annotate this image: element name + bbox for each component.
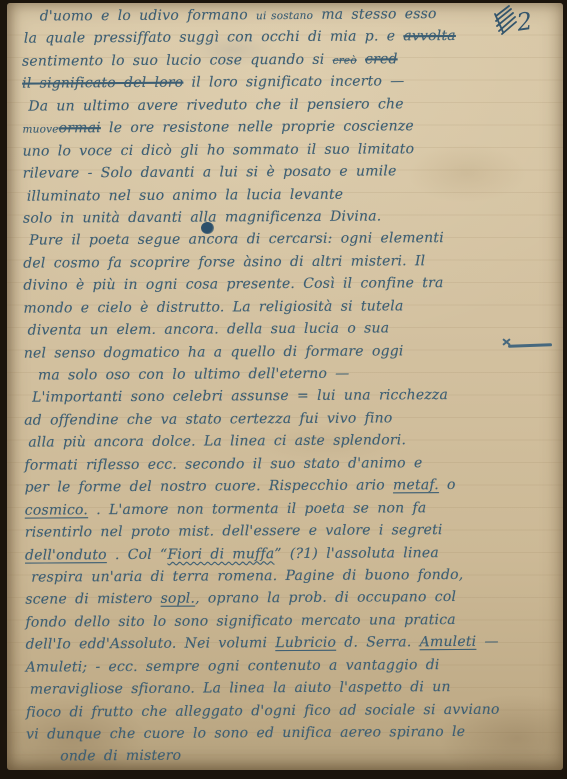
handwritten-text: Pure il poeta segue ancora di cercarsi: …: [29, 230, 444, 249]
handwritten-line: formati riflesso ecc. secondo il suo sta…: [24, 451, 553, 477]
handwritten-word-marked: il significato del loro: [22, 75, 183, 92]
handwritten-line: scene di mistero sopl., oprano la prob. …: [25, 586, 554, 612]
handwritten-line: diventa un elem. ancora. della sua lucia…: [24, 317, 553, 343]
handwritten-word-marked: metaf.: [393, 477, 439, 493]
handwritten-line: Amuleti; - ecc. sempre ogni contenuto a …: [26, 653, 555, 679]
margin-dash: [508, 343, 552, 347]
margin-x-dash-mark: [500, 338, 552, 352]
handwritten-line: dell'onduto . Col “Fiori di muffa” (?1) …: [25, 541, 554, 567]
handwritten-text: diventa un elem. ancora. della sua lucia…: [28, 321, 390, 339]
handwritten-text: onde di mistero: [60, 748, 181, 765]
handwritten-text: fondo dello sito lo sono significato mer…: [25, 612, 455, 631]
handwritten-text: meravigliose sfiorano. La linea la aiuto…: [30, 679, 451, 698]
manuscript-lines: d'uomo e lo udivo formano ui sostano ma …: [22, 2, 556, 768]
page-number: 2: [514, 7, 534, 37]
handwritten-text: illuminato nel suo animo la lucia levant…: [27, 186, 343, 204]
handwritten-word-marked: Amuleti: [420, 634, 477, 650]
handwritten-text: respira un'aria di terra romena. Pagine …: [31, 567, 463, 586]
handwritten-text: L'importanti sono celebri assunse = lui …: [32, 387, 448, 406]
handwritten-word-marked: sopl.: [161, 591, 196, 607]
handwritten-text: . Col “: [107, 546, 168, 562]
handwritten-text: divino è più in ogni cosa presente. Così…: [23, 275, 443, 294]
handwritten-line: ma solo oso con lo ultimo dell'eterno —: [24, 361, 553, 387]
handwritten-line: del cosmo fa scoprire forse àsino di alt…: [23, 249, 552, 275]
handwritten-word-marked: creò: [333, 54, 357, 66]
handwritten-text: rilevare - Solo davanti a lui si è posat…: [23, 163, 397, 181]
handwritten-text: o: [439, 477, 456, 493]
handwritten-text: la quale pressiffato suggì con occhi di …: [24, 29, 404, 47]
scanned-manuscript: { "document": { "kind": "handwritten man…: [0, 0, 567, 779]
handwritten-line: solo in unità davanti alla magnificenza …: [23, 204, 552, 230]
handwritten-line: nel senso dogmatico ha a quello di forma…: [24, 339, 553, 365]
handwritten-text: alla più ancora dolce. La linea ci aste …: [28, 433, 406, 451]
handwritten-text: d. Serra.: [336, 634, 420, 651]
handwritten-word-marked: avvolta: [403, 28, 456, 44]
handwritten-word-marked: muove: [22, 124, 58, 136]
handwritten-line: risentirlo nel proto mist. dell'essere e…: [25, 518, 554, 544]
handwritten-word-marked: Lubricio: [275, 635, 336, 651]
handwritten-line: illuminato nel suo animo la lucia levant…: [23, 182, 552, 208]
handwritten-line: vi dunque che cuore lo sono ed unifica a…: [26, 720, 555, 746]
handwritten-text: scene di mistero: [25, 591, 160, 608]
handwritten-line: meravigliose sfiorano. La linea la aiuto…: [26, 676, 555, 702]
handwritten-text: , oprano la prob. di occupano col: [195, 589, 456, 607]
handwritten-text: —: [476, 634, 498, 650]
handwritten-word-marked: Fiori di muffa: [167, 546, 274, 563]
handwritten-word-marked: ui sostano: [256, 10, 313, 22]
handwritten-text: Da un ultimo avere riveduto che il pensi…: [28, 96, 403, 114]
handwritten-text: ma solo oso con lo ultimo dell'eterno —: [38, 366, 350, 384]
handwritten-text: Amuleti; - ecc. sempre ogni contenuto a …: [26, 657, 440, 676]
handwritten-line: onde di mistero: [26, 743, 555, 769]
handwritten-line: mondo e cielo è distrutto. La religiosit…: [23, 294, 552, 320]
handwritten-line: la quale pressiffato suggì con occhi di …: [22, 25, 551, 51]
handwritten-text: ” (?1) l'assoluta linea: [274, 545, 439, 562]
handwritten-word-marked: cred: [365, 51, 398, 67]
handwritten-text: d'uomo e lo udivo formano: [40, 7, 256, 24]
handwritten-line: per le forme del nostro cuore. Rispecchi…: [25, 474, 554, 500]
handwritten-text: del cosmo fa scoprire forse àsino di alt…: [23, 253, 425, 271]
handwritten-text: sentimento lo suo lucio cose quando si: [22, 52, 333, 70]
page-number-scribble: 2: [493, 4, 539, 38]
handwritten-line: rilevare - Solo davanti a lui si è posat…: [23, 159, 552, 185]
handwritten-line: divino è più in ogni cosa presente. Così…: [23, 272, 552, 298]
handwritten-text: formati riflesso ecc. secondo il suo sta…: [24, 455, 422, 473]
handwritten-line: fioco di frutto che alleggato d'ogni fic…: [26, 698, 555, 724]
handwritten-text: mondo e cielo è distrutto. La religiosit…: [23, 298, 403, 316]
handwritten-text: ma stesso esso: [313, 6, 437, 23]
handwritten-text: . L'amore non tormenta il poeta se non f…: [88, 500, 426, 518]
handwritten-text: uno lo voce ci dicò gli ho sommato il su…: [23, 141, 415, 159]
handwritten-text: per le forme del nostro cuore. Rispecchi…: [25, 478, 393, 496]
handwritten-text: ad offendine che va stato certezza fui v…: [24, 410, 392, 428]
handwritten-line: Da un ultimo avere riveduto che il pensi…: [22, 92, 551, 118]
handwritten-line: muoveormai le ore resistone nelle propri…: [22, 115, 551, 141]
handwritten-line: sentimento lo suo lucio cose quando si c…: [22, 47, 551, 73]
handwritten-text: vi dunque che cuore lo sono ed unifica a…: [26, 724, 465, 743]
handwritten-line: ad offendine che va stato certezza fui v…: [24, 406, 553, 432]
handwritten-line: L'importanti sono celebri assunse = lui …: [24, 384, 553, 410]
handwritten-text: [357, 51, 365, 67]
handwritten-text: risentirlo nel proto mist. dell'essere e…: [25, 522, 443, 541]
handwritten-text: fioco di frutto che alleggato d'ogni fic…: [26, 701, 500, 720]
ink-blot: [201, 222, 214, 234]
handwritten-line: Pure il poeta segue ancora di cercarsi: …: [23, 227, 552, 253]
handwritten-text: nel senso dogmatico ha a quello di forma…: [24, 343, 404, 361]
handwritten-word-marked: cosmico.: [25, 502, 88, 518]
handwritten-line: cosmico. . L'amore non tormenta il poeta…: [25, 496, 554, 522]
handwritten-line: respira un'aria di terra romena. Pagine …: [25, 563, 554, 589]
handwritten-line: uno lo voce ci dicò gli ho sommato il su…: [22, 137, 551, 163]
handwritten-text: dell'Io edd'Assoluto. Nei volumi: [26, 635, 276, 653]
handwritten-line: dell'Io edd'Assoluto. Nei volumi Lubrici…: [26, 631, 555, 657]
handwritten-line: il significato del loro il loro signific…: [22, 70, 551, 96]
handwritten-line: d'uomo e lo udivo formano ui sostano ma …: [22, 2, 551, 28]
handwritten-text: il loro significato incerto —: [183, 74, 404, 91]
handwritten-text: le ore resistone nelle proprie coscienze: [101, 118, 414, 136]
handwritten-line: fondo dello sito lo sono significato mer…: [25, 608, 554, 634]
handwritten-word-marked: ormai: [59, 120, 101, 136]
handwritten-line: alla più ancora dolce. La linea ci aste …: [24, 429, 553, 455]
handwritten-word-marked: dell'onduto: [25, 547, 107, 563]
